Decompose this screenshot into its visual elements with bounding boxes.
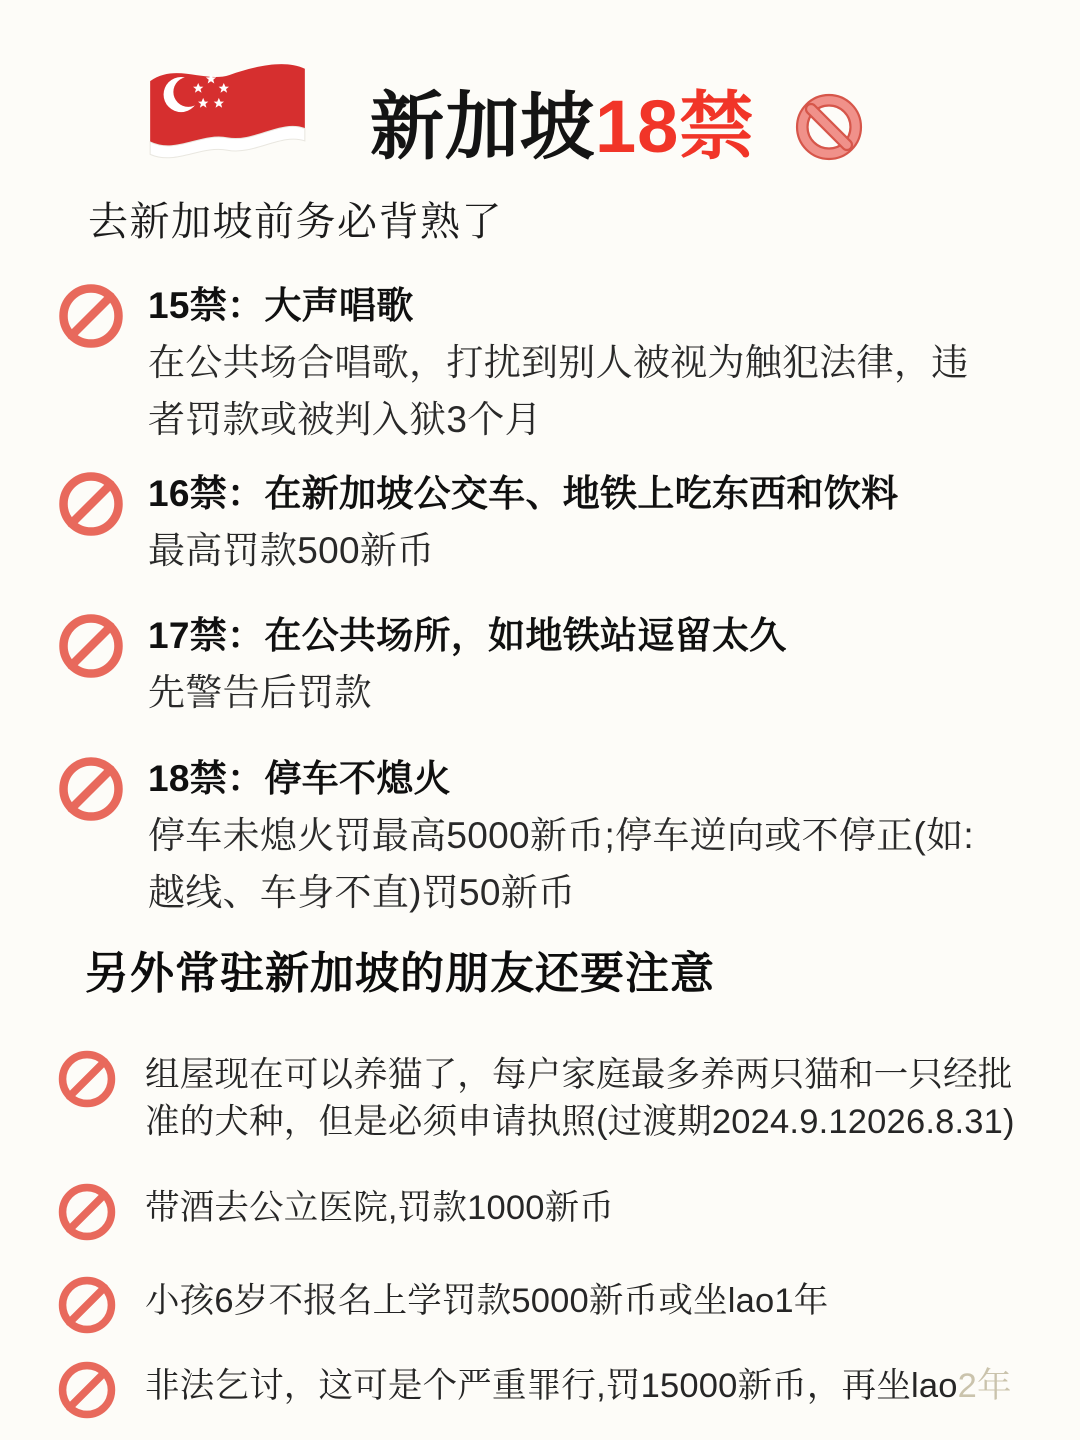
header: 新加坡18禁 xyxy=(0,0,1080,164)
infographic-page: 新加坡18禁 去新加坡前务必背熟了 15禁：大声唱歌 在公共场合唱歌，打扰到别人… xyxy=(0,0,1080,1440)
no-entry-icon xyxy=(55,1180,119,1244)
singapore-flag-icon xyxy=(145,56,310,164)
title-accent: 18禁 xyxy=(595,85,754,168)
rule-title: 15禁：大声唱歌 xyxy=(148,277,1004,334)
note-item: 带酒去公立医院,罚款1000新币 xyxy=(55,1180,1080,1244)
rule-title: 17禁：在公共场所，如地铁站逗留太久 xyxy=(148,607,1004,664)
no-entry-icon xyxy=(55,753,127,825)
rule-body: 在公共场合唱歌，打扰到别人被视为触犯法律，违者罚款或被判入狱3个月 xyxy=(148,334,1004,448)
page-title: 新加坡18禁 xyxy=(370,91,754,164)
note-text: 带酒去公立医院,罚款1000新币 xyxy=(145,1185,1017,1232)
note-item: 组屋现在可以养猫了，每户家庭最多养两只猫和一只经批准的犬种，但是必须申请执照(过… xyxy=(55,1047,1080,1146)
no-entry-icon xyxy=(55,1047,119,1111)
rule-text: 16禁：在新加坡公交车、地铁上吃东西和饮料 最高罚款500新币 xyxy=(148,465,1004,579)
rule-title: 16禁：在新加坡公交车、地铁上吃东西和饮料 xyxy=(148,465,1004,522)
no-entry-icon xyxy=(55,280,127,352)
rule-item-15: 15禁：大声唱歌 在公共场合唱歌，打扰到别人被视为触犯法律，违者罚款或被判入狱3… xyxy=(55,277,1080,448)
note-text-main: 非法乞讨，这可是个严重罪行,罚15000新币，再坐lao xyxy=(145,1367,958,1405)
section-heading: 另外常驻新加坡的朋友还要注意 xyxy=(85,937,1080,1001)
no-entry-icon xyxy=(55,610,127,682)
no-entry-icon xyxy=(794,92,864,162)
rule-body: 先警告后罚款 xyxy=(148,664,1004,721)
note-text-main: 带酒去公立医院,罚款1000新币 xyxy=(145,1189,614,1227)
rule-title: 18禁：停车不熄火 xyxy=(148,750,1004,807)
rule-text: 17禁：在公共场所，如地铁站逗留太久 先警告后罚款 xyxy=(148,607,1004,721)
note-text: 组屋现在可以养猫了，每户家庭最多养两只猫和一只经批准的犬种，但是必须申请执照(过… xyxy=(145,1052,1017,1146)
title-main: 新加坡 xyxy=(370,85,595,168)
note-text-faded: 2年 xyxy=(958,1367,1012,1405)
rule-item-18: 18禁：停车不熄火 停车未熄火罚最高5000新币;停车逆向或不停正(如: 越线、… xyxy=(55,750,1080,921)
note-text-main: 小孩6岁不报名上学罚款5000新币或坐lao1年 xyxy=(145,1282,828,1320)
rule-text: 15禁：大声唱歌 在公共场合唱歌，打扰到别人被视为触犯法律，违者罚款或被判入狱3… xyxy=(148,277,1004,448)
note-text: 小孩6岁不报名上学罚款5000新币或坐lao1年 xyxy=(145,1278,1017,1325)
rule-item-17: 17禁：在公共场所，如地铁站逗留太久 先警告后罚款 xyxy=(55,607,1080,721)
rule-item-16: 16禁：在新加坡公交车、地铁上吃东西和饮料 最高罚款500新币 xyxy=(55,465,1080,579)
rule-text: 18禁：停车不熄火 停车未熄火罚最高5000新币;停车逆向或不停正(如: 越线、… xyxy=(148,750,1004,921)
rules-list: 15禁：大声唱歌 在公共场合唱歌，打扰到别人被视为触犯法律，违者罚款或被判入狱3… xyxy=(55,277,1080,921)
note-text-main: 组屋现在可以养猫了，每户家庭最多养两只猫和一只经批准的犬种，但是必须申请执照(过… xyxy=(145,1056,1015,1141)
notes-list: 组屋现在可以养猫了，每户家庭最多养两只猫和一只经批准的犬种，但是必须申请执照(过… xyxy=(55,1047,1080,1422)
rule-body: 最高罚款500新币 xyxy=(148,522,1004,579)
rule-body: 停车未熄火罚最高5000新币;停车逆向或不停正(如: 越线、车身不直)罚50新币 xyxy=(148,807,1004,921)
no-entry-icon xyxy=(55,468,127,540)
note-item: 小孩6岁不报名上学罚款5000新币或坐lao1年 xyxy=(55,1273,1080,1337)
no-entry-icon xyxy=(55,1273,119,1337)
subtitle: 去新加坡前务必背熟了 xyxy=(88,190,1080,247)
no-entry-icon xyxy=(55,1358,119,1422)
note-text: 非法乞讨，这可是个严重罪行,罚15000新币，再坐lao2年 xyxy=(145,1363,1017,1410)
note-item: 非法乞讨，这可是个严重罪行,罚15000新币，再坐lao2年 xyxy=(55,1358,1080,1422)
